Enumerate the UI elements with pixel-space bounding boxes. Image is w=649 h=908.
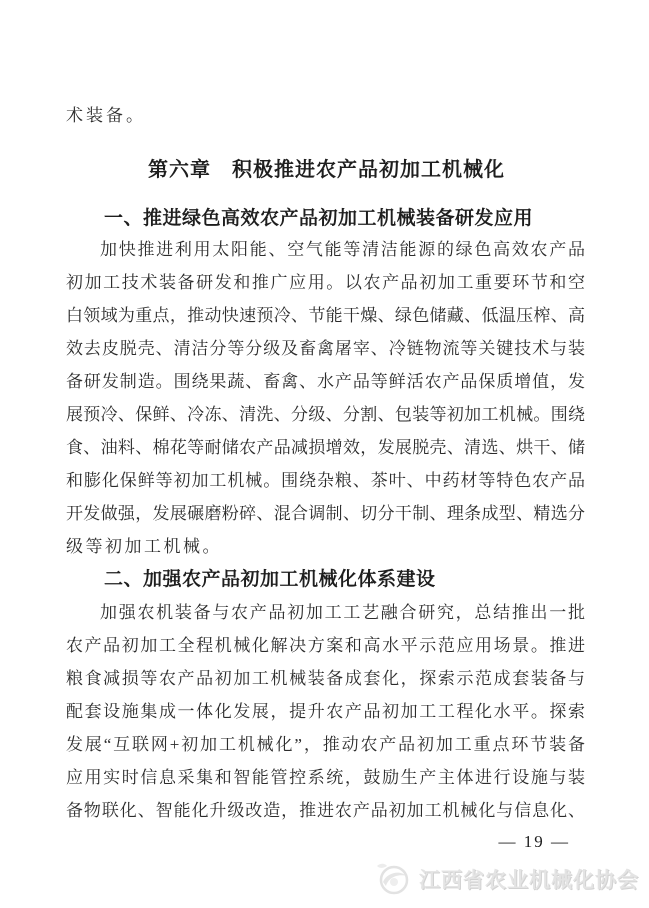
association-emblem-icon [373, 860, 413, 898]
text-line: 备研发制造。围绕果蔬、畜禽、水产品等鲜活农产品保质增值，发 [66, 365, 585, 398]
section-2-heading: 二、加强农产品初加工机械化体系建设 [66, 564, 587, 591]
page-number: — 19 — [499, 832, 571, 852]
text-line: 白领域为重点，推动快速预冷、节能干燥、绿色储藏、低温压榨、高 [66, 299, 585, 332]
text-line: 备物联化、智能化升级改造，推进农产品初加工机械化与信息化、 [66, 794, 585, 827]
text-line: 开发做强，发展碾磨粉碎、混合调制、切分干制、理条成型、精选分 [66, 497, 585, 530]
text-line: 加快推进利用太阳能、空气能等清洁能源的绿色高效农产品 [66, 233, 585, 266]
text-line: 农产品初加工全程机械化解决方案和高水平示范应用场景。推进 [66, 629, 585, 662]
text-line: 食、油料、棉花等耐储农产品减损增效，发展脱壳、清选、烘干、储藏 [66, 431, 585, 464]
watermark-text: 江西省农业机械化协会 [419, 864, 639, 894]
section-2-paragraph: 加强农机装备与农产品初加工工艺融合研究，总结推出一批农产品初加工全程机械化解决方… [66, 596, 585, 827]
chapter-heading: 第六章 积极推进农产品初加工机械化 [66, 153, 587, 182]
watermark: 江西省农业机械化协会 [373, 860, 639, 898]
text-line: 粮食减损等农产品初加工机械装备成套化，探索示范成套装备与 [66, 662, 585, 695]
text-line: 发展“互联网+初加工机械化”，推动农产品初加工重点环节装备 [66, 728, 585, 761]
section-1-heading: 一、推进绿色高效农产品初加工机械装备研发应用 [66, 203, 587, 230]
continuation-line: 术装备。 [66, 101, 146, 126]
text-line: 配套设施集成一体化发展，提升农产品初加工工程化水平。探索 [66, 695, 585, 728]
text-line: 和膨化保鲜等初加工机械。围绕杂粮、茶叶、中药材等特色农产品 [66, 464, 585, 497]
text-line: 效去皮脱壳、清洁分等分级及畜禽屠宰、冷链物流等关键技术与装 [66, 332, 585, 365]
document-page: 术装备。 第六章 积极推进农产品初加工机械化 一、推进绿色高效农产品初加工机械装… [0, 0, 649, 908]
text-line: 应用实时信息采集和智能管控系统，鼓励生产主体进行设施与装 [66, 761, 585, 794]
text-line: 加强农机装备与农产品初加工工艺融合研究，总结推出一批 [66, 596, 585, 629]
text-line: 初加工技术装备研发和推广应用。以农产品初加工重要环节和空 [66, 266, 585, 299]
section-1-paragraph: 加快推进利用太阳能、空气能等清洁能源的绿色高效农产品初加工技术装备研发和推广应用… [66, 233, 585, 563]
text-line: 级等初加工机械。 [66, 530, 585, 563]
text-line: 展预冷、保鲜、冷冻、清洗、分级、分割、包装等初加工机械。围绕粮 [66, 398, 585, 431]
